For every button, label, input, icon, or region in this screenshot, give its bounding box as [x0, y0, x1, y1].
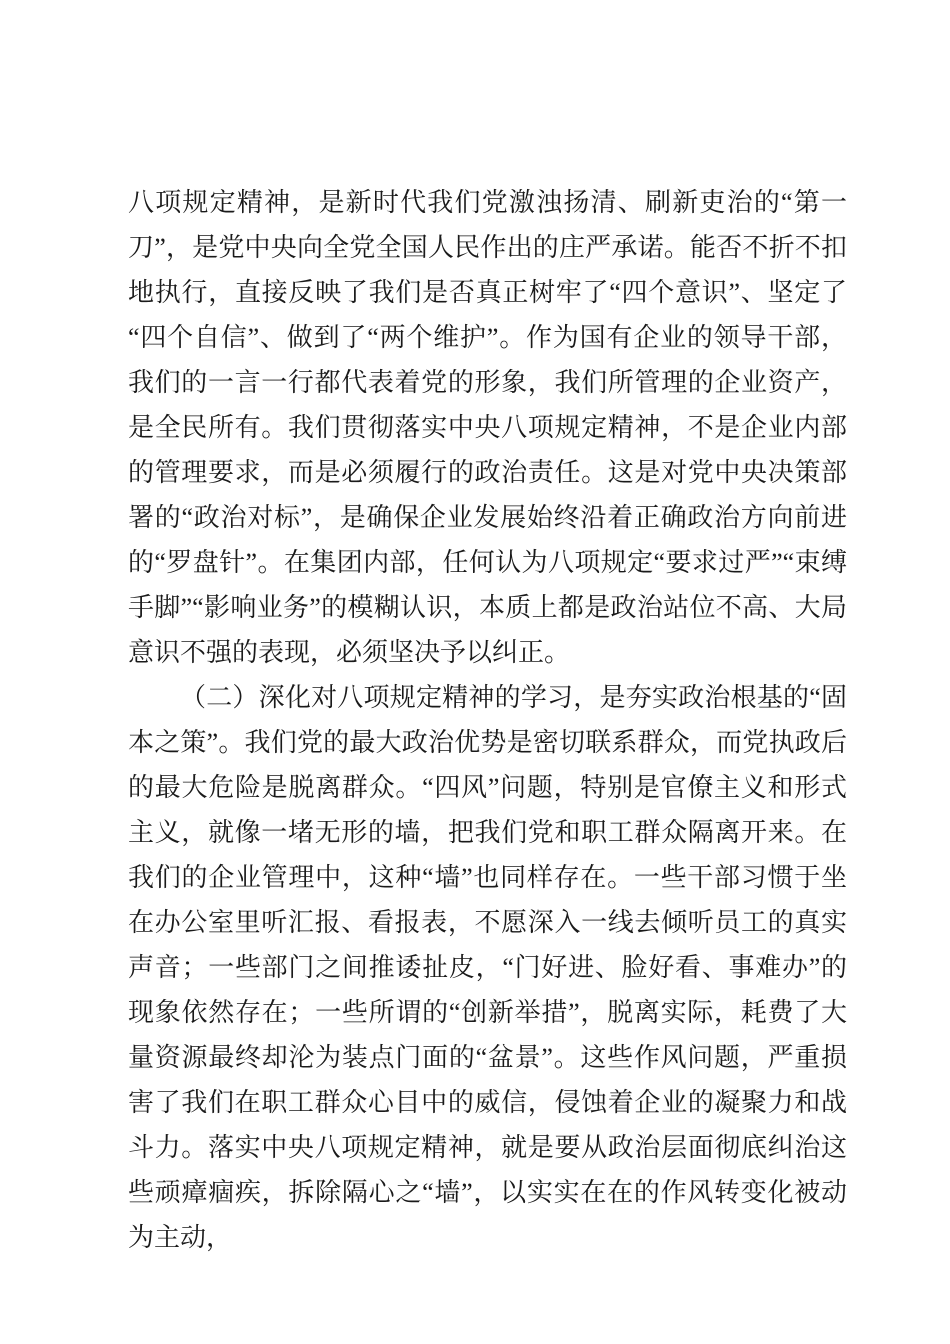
paragraph-section-two: （二）深化对八项规定精神的学习，是夯实政治根基的“固本之策”。我们党的最大政治优…: [128, 675, 847, 1260]
document-page: 八项规定精神，是新时代我们党激浊扬清、刷新吏治的“第一刀”，是党中央向全党全国人…: [0, 0, 950, 1344]
paragraph-continuation: 八项规定精神，是新时代我们党激浊扬清、刷新吏治的“第一刀”，是党中央向全党全国人…: [128, 180, 847, 675]
